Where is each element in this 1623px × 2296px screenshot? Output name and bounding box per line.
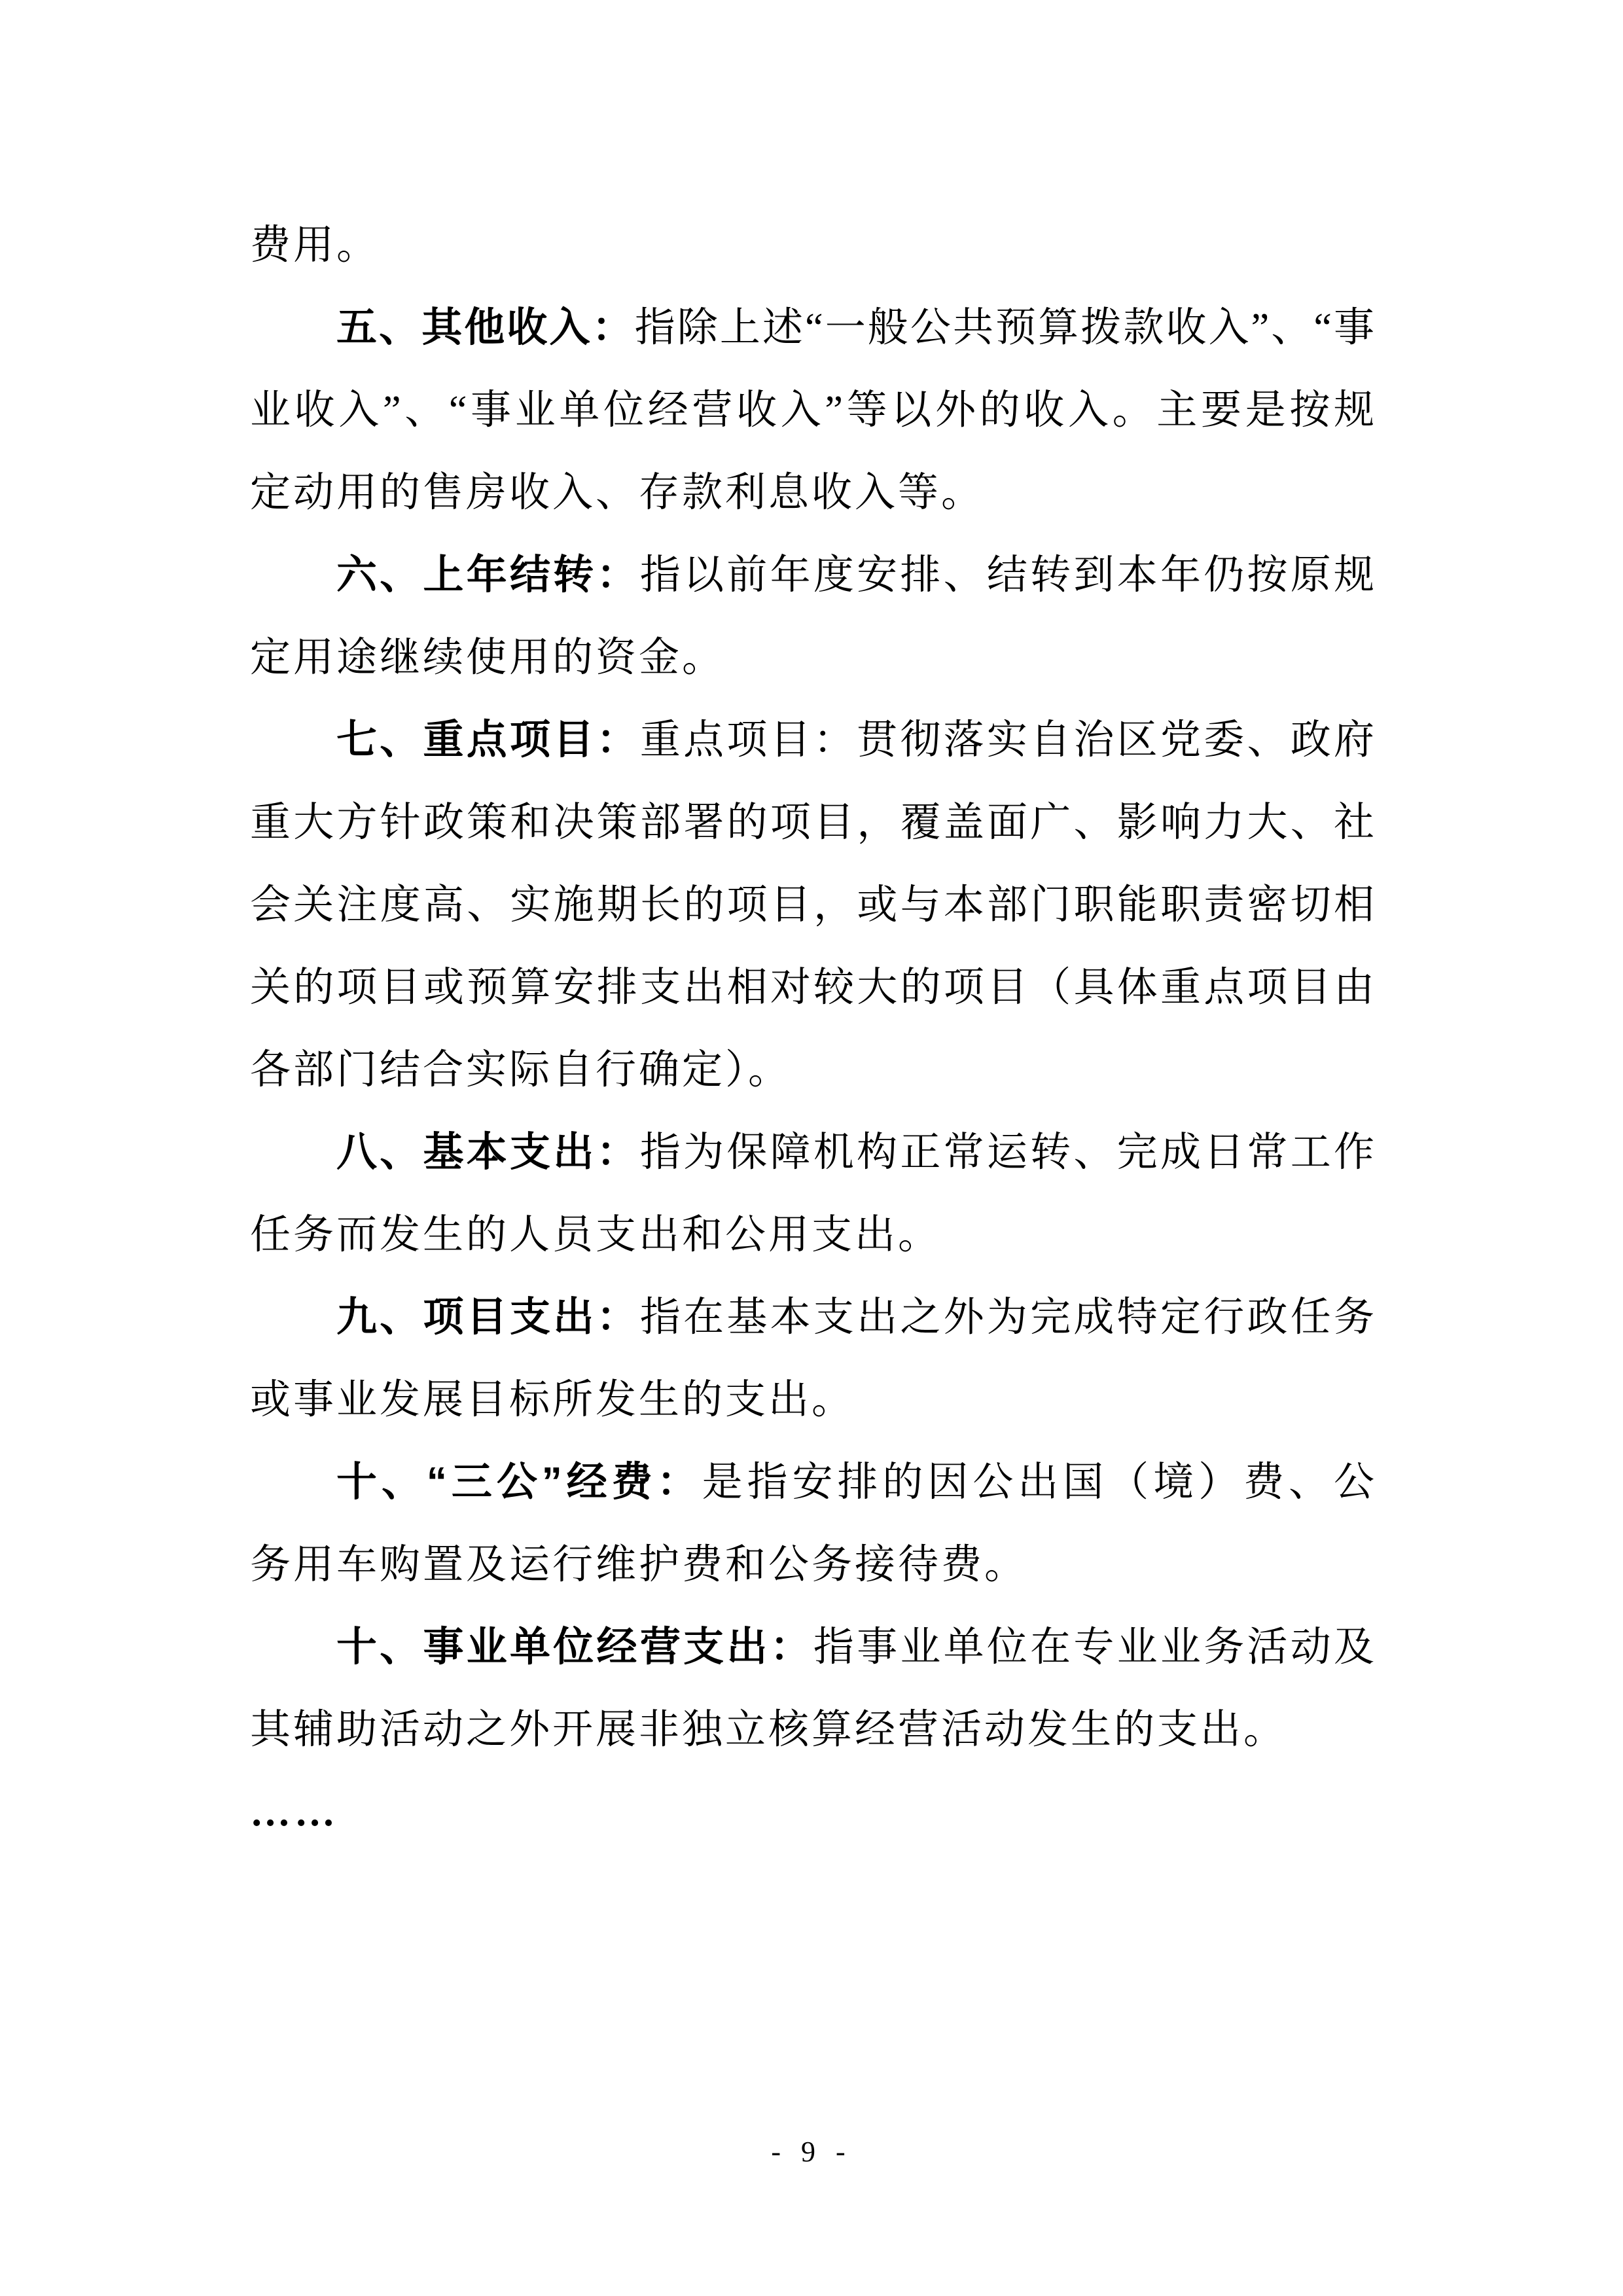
- text-line: 七、重点项目：重点项目：贯彻落实自治区党委、政府: [250, 699, 1374, 781]
- paragraph-heading: 八、基本支出：: [336, 1130, 640, 1175]
- paragraph-text: 重大方针政策和决策部署的项目，覆盖面广、影响力大、社: [250, 800, 1374, 845]
- paragraph-text: 费用。: [250, 223, 380, 268]
- paragraph-text: 务用车购置及运行维护费和公务接待费。: [250, 1543, 1027, 1587]
- paragraph-heading: 九、项目支出：: [336, 1295, 640, 1340]
- paragraph-heading: 六、上年结转：: [336, 552, 640, 598]
- text-line: 关的项目或预算安排支出相对较大的项目（具体重点项目由: [250, 946, 1374, 1029]
- paragraph-text: 关的项目或预算安排支出相对较大的项目（具体重点项目由: [250, 965, 1374, 1010]
- paragraph-text: 指事业单位在专业业务活动及: [813, 1625, 1374, 1670]
- paragraph-text: 其辅助活动之外开展非独立核算经营活动发生的支出。: [250, 1708, 1287, 1752]
- text-line: 务用车购置及运行维护费和公务接待费。: [250, 1524, 1374, 1606]
- paragraph-text: 指为保障机构正常运转、完成日常工作: [640, 1130, 1374, 1175]
- paragraph-text: 业收入”、“事业单位经营收入”等以外的收入。主要是按规: [250, 388, 1374, 433]
- paragraph-text: 会关注度高、实施期长的项目，或与本部门职能职责密切相: [250, 883, 1374, 927]
- document-page: 费用。五、其他收入：指除上述“一般公共预算拨款收入”、“事业收入”、“事业单位经…: [0, 0, 1623, 2296]
- paragraph-text: 是指安排的因公出国（境）费、公: [702, 1460, 1374, 1505]
- text-line: 其辅助活动之外开展非独立核算经营活动发生的支出。: [250, 1689, 1374, 1771]
- text-line: 费用。: [250, 204, 1374, 287]
- ellipsis-line: ……: [250, 1771, 1374, 1854]
- paragraph-text: ……: [250, 1790, 339, 1835]
- text-line: 六、上年结转：指以前年度安排、结转到本年仍按原规: [250, 534, 1374, 617]
- text-line: 十、“三公”经费：是指安排的因公出国（境）费、公: [250, 1441, 1374, 1524]
- paragraph-text: 指除上述“一般公共预算拨款收入”、“事: [635, 306, 1374, 350]
- paragraph-text: 定动用的售房收入、存款利息收入等。: [250, 471, 984, 515]
- text-line: 重大方针政策和决策部署的项目，覆盖面广、影响力大、社: [250, 781, 1374, 864]
- page-number: - 9 -: [0, 2126, 1623, 2178]
- text-line: 九、项目支出：指在基本支出之外为完成特定行政任务: [250, 1276, 1374, 1359]
- paragraph-heading: 五、其他收入：: [336, 305, 635, 350]
- text-line: 定用途继续使用的资金。: [250, 617, 1374, 699]
- text-line: 定动用的售房收入、存款利息收入等。: [250, 452, 1374, 534]
- text-line: 十、事业单位经营支出：指事业单位在专业业务活动及: [250, 1606, 1374, 1689]
- paragraph-heading: 七、重点项目：: [336, 717, 640, 762]
- paragraph-heading: 十、事业单位经营支出：: [336, 1624, 813, 1670]
- paragraph-heading: 十、“三公”经费：: [336, 1460, 702, 1505]
- paragraph-text: 或事业发展目标所发生的支出。: [250, 1378, 855, 1422]
- text-line: 或事业发展目标所发生的支出。: [250, 1359, 1374, 1441]
- text-body: 费用。五、其他收入：指除上述“一般公共预算拨款收入”、“事业收入”、“事业单位经…: [250, 204, 1374, 1854]
- text-line: 各部门结合实际自行确定）。: [250, 1029, 1374, 1111]
- text-line: 业收入”、“事业单位经营收入”等以外的收入。主要是按规: [250, 369, 1374, 452]
- paragraph-text: 定用途继续使用的资金。: [250, 636, 725, 680]
- text-line: 五、其他收入：指除上述“一般公共预算拨款收入”、“事: [250, 287, 1374, 369]
- paragraph-text: 各部门结合实际自行确定）。: [250, 1048, 791, 1092]
- paragraph-text: 任务而发生的人员支出和公用支出。: [250, 1213, 941, 1257]
- paragraph-text: 重点项目：贯彻落实自治区党委、政府: [640, 718, 1374, 762]
- text-line: 八、基本支出：指为保障机构正常运转、完成日常工作: [250, 1111, 1374, 1194]
- paragraph-text: 指在基本支出之外为完成特定行政任务: [640, 1295, 1374, 1340]
- text-line: 任务而发生的人员支出和公用支出。: [250, 1194, 1374, 1276]
- text-line: 会关注度高、实施期长的项目，或与本部门职能职责密切相: [250, 864, 1374, 946]
- paragraph-text: 指以前年度安排、结转到本年仍按原规: [640, 553, 1374, 598]
